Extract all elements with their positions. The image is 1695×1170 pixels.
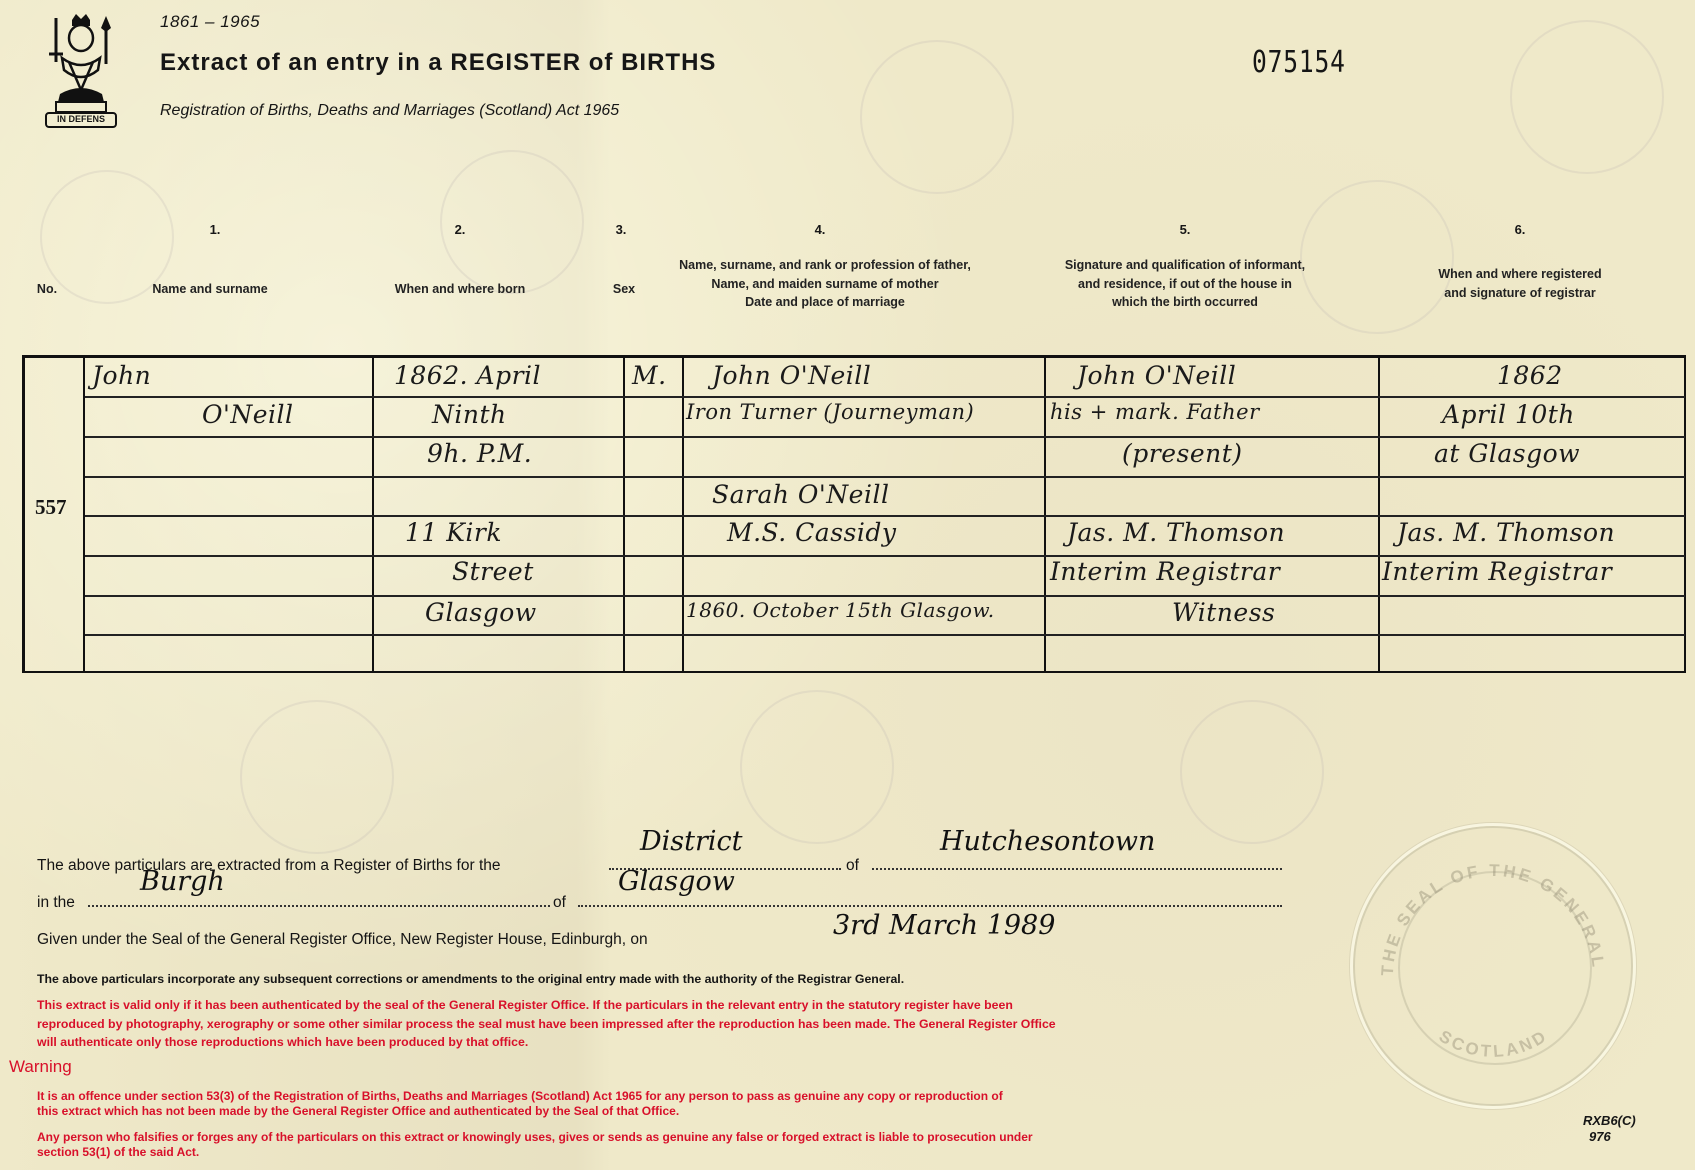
burgh-type-value: Burgh — [140, 866, 225, 897]
register-entry-table: 557 John O'Neill 1862. April Ninth 9h. P… — [22, 355, 1686, 673]
mother-maiden-name: M.S. Cassidy — [727, 518, 897, 547]
witness-label: Witness — [1172, 598, 1275, 627]
issue-date-value: 3rd March 1989 — [833, 910, 1055, 941]
column-header-name: Name and surname — [110, 280, 310, 299]
in-the-label: in the — [37, 894, 75, 912]
registration-year: 1862 — [1497, 361, 1563, 390]
emblem-motto: IN DEFENS — [49, 114, 113, 124]
birth-day: Ninth — [432, 400, 507, 429]
witness-title: Interim Registrar — [1050, 557, 1280, 586]
embossed-seal-icon: THE SEAL OF THE GENERAL REGISTER OFFICE … — [1350, 823, 1636, 1109]
burgh-type-field — [88, 905, 550, 907]
column-header-no: No. — [22, 280, 72, 299]
row-rule — [85, 515, 1685, 517]
column-divider — [623, 355, 625, 673]
row-rule — [85, 396, 1685, 398]
watermark — [240, 700, 394, 854]
registrar-signature: Jas. M. Thomson — [1397, 518, 1615, 547]
entry-number: 557 — [35, 495, 67, 520]
registrar-title: Interim Registrar — [1382, 557, 1612, 586]
svg-text:SCOTLAND: SCOTLAND — [1436, 1026, 1552, 1061]
act-subtitle: Registration of Births, Deaths and Marri… — [160, 102, 619, 120]
form-code: RXB6(C) 976 — [1583, 1113, 1636, 1145]
birth-time: 9h. P.M. — [427, 439, 532, 468]
column-header-registered: When and where registered and signature … — [1400, 265, 1640, 302]
father-name: John O'Neill — [712, 361, 871, 390]
marriage-date-place: 1860. October 15th Glasgow. — [686, 598, 995, 622]
child-surname: O'Neill — [202, 400, 294, 429]
column-divider — [83, 355, 85, 673]
year-range: 1861 – 1965 — [160, 12, 260, 32]
witness-signature: Jas. M. Thomson — [1067, 518, 1285, 547]
validity-notice: This extract is valid only if it has bee… — [37, 996, 1056, 1052]
corrections-note: The above particulars incorporate any su… — [37, 972, 904, 986]
svg-text:THE SEAL OF THE GENERAL REGIST: THE SEAL OF THE GENERAL REGISTER OFFICE — [1353, 826, 1608, 978]
informant-presence: (present) — [1122, 439, 1243, 468]
informant-name: John O'Neill — [1077, 361, 1236, 390]
column-number-1: 1. — [200, 222, 230, 237]
warning-paragraph-2: Any person who falsifies or forges any o… — [37, 1130, 1033, 1160]
birth-address-3: Glasgow — [425, 598, 537, 627]
birth-address-2: Street — [452, 557, 534, 586]
warning-heading: Warning — [9, 1057, 72, 1077]
column-divider — [1378, 355, 1380, 673]
warning-paragraph-1: It is an offence under section 53(3) of … — [37, 1089, 1003, 1119]
column-header-informant: Signature and qualification of informant… — [1030, 256, 1340, 312]
watermark — [860, 40, 1014, 194]
district-name-value: Hutchesontown — [940, 826, 1155, 857]
table-bottom-border — [22, 671, 1686, 673]
registration-place: at Glasgow — [1434, 439, 1580, 468]
mother-name: Sarah O'Neill — [712, 480, 889, 509]
table-top-border — [22, 355, 1686, 358]
of-label-2: of — [553, 894, 566, 912]
column-number-4: 4. — [805, 222, 835, 237]
column-divider — [22, 355, 25, 673]
registration-date: April 10th — [1442, 400, 1575, 429]
birth-address-1: 11 Kirk — [405, 518, 502, 547]
informant-mark: his + mark. Father — [1050, 400, 1260, 424]
column-divider — [372, 355, 374, 673]
extract-source-line: The above particulars are extracted from… — [37, 857, 501, 875]
district-type-value: District — [640, 826, 743, 857]
column-divider — [682, 355, 684, 673]
row-rule — [85, 436, 1685, 438]
watermark — [1510, 20, 1664, 174]
sex: M. — [632, 361, 667, 390]
birth-date: 1862. April — [394, 361, 541, 390]
column-header-parents: Name, surname, and rank or profession of… — [640, 256, 1010, 312]
column-header-born: When and where born — [360, 280, 560, 299]
row-rule — [85, 634, 1685, 636]
document-title: Extract of an entry in a REGISTER of BIR… — [160, 49, 716, 77]
column-number-2: 2. — [445, 222, 475, 237]
of-label: of — [846, 857, 859, 875]
column-number-3: 3. — [606, 222, 636, 237]
burgh-name-value: Glasgow — [618, 866, 735, 897]
row-rule — [85, 595, 1685, 597]
serial-number: 075154 — [1252, 45, 1346, 80]
column-divider — [1044, 355, 1046, 673]
child-forename: John — [92, 361, 151, 390]
father-occupation: Iron Turner (Journeyman) — [686, 400, 974, 424]
watermark — [740, 690, 894, 844]
column-number-5: 5. — [1170, 222, 1200, 237]
given-under-seal-line: Given under the Seal of the General Regi… — [37, 931, 648, 949]
watermark — [1180, 700, 1324, 844]
column-divider — [1684, 355, 1686, 673]
row-rule — [85, 476, 1685, 478]
column-number-6: 6. — [1505, 222, 1535, 237]
lion-rampant-emblem-icon: IN DEFENS — [42, 10, 120, 128]
burgh-name-field — [578, 905, 1282, 907]
district-name-field — [872, 868, 1282, 870]
